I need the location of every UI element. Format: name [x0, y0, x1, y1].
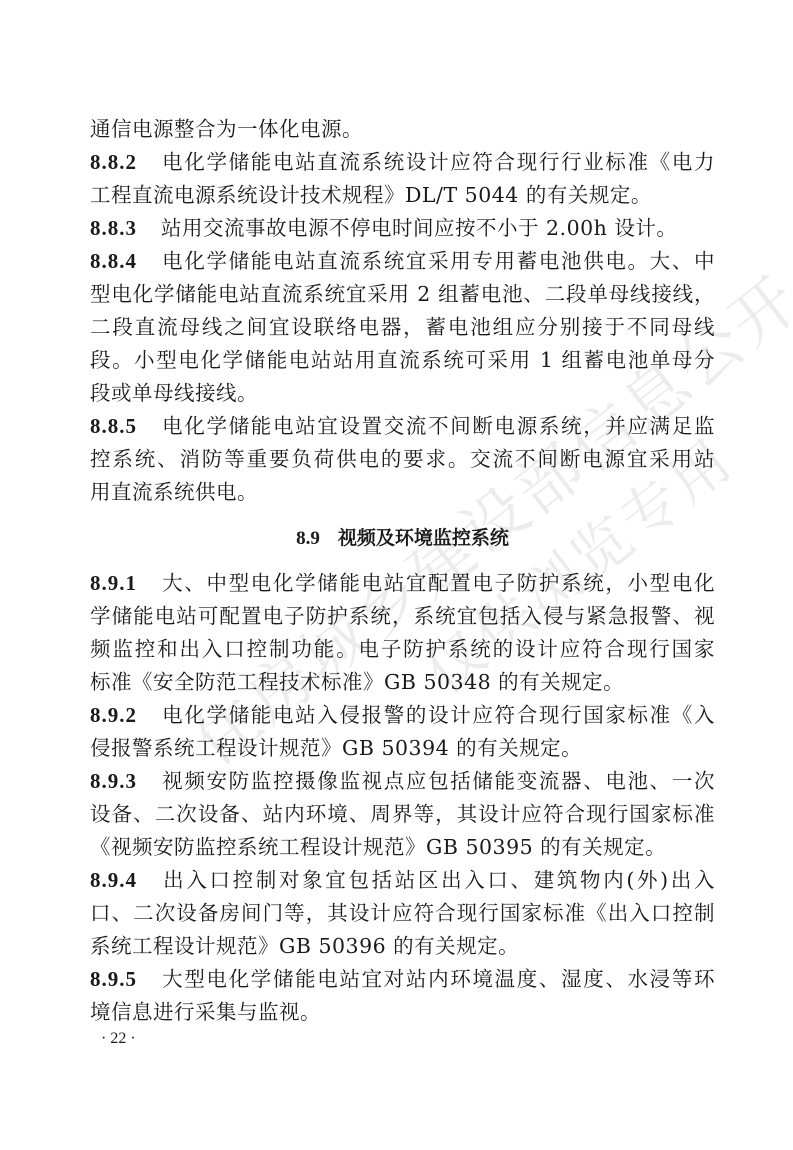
clause-line: 8.8.2电化学储能电站直流系统设计应符合现行行业标准《电力	[90, 146, 715, 179]
page-number: · 22 ·	[101, 1030, 136, 1048]
text-line: 频监控和出入口控制功能。电子防护系统的设计应符合现行国家	[90, 633, 715, 666]
clause-text: 境信息进行采集与监视。	[90, 1000, 321, 1024]
clause-text: 电化学储能电站直流系统设计应符合现行行业标准《电力	[161, 150, 715, 174]
clause-text: 大型电化学储能电站宜对站内环境温度、湿度、水浸等环	[161, 967, 715, 991]
clause-text: 电化学储能电站宜设置交流不间断电源系统，并应满足监	[161, 414, 715, 438]
clause-text: 电化学储能电站入侵报警的设计应符合现行国家标准《入	[161, 703, 715, 727]
clause-line: 8.8.5电化学储能电站宜设置交流不间断电源系统，并应满足监	[90, 410, 715, 443]
clause-number: 8.8.4	[90, 249, 137, 273]
text-line: 系统工程设计规范》GB 50396 的有关规定。	[90, 930, 715, 963]
clause-text: 频监控和出入口控制功能。电子防护系统的设计应符合现行国家	[90, 637, 715, 661]
clause-text: 学储能电站可配置电子防护系统，系统宜包括入侵与紧急报警、视	[90, 604, 715, 628]
clause-text: 大、中型电化学储能电站宜配置电子防护系统，小型电化	[161, 571, 715, 595]
clause-line: 8.8.4电化学储能电站直流系统宜采用专用蓄电池供电。大、中	[90, 245, 715, 278]
clause-number: 8.8.2	[90, 150, 137, 174]
section-title: 视频及环境监控系统	[338, 527, 509, 549]
clause-text: 视频安防监控摄像监视点应包括储能变流器、电池、一次	[161, 769, 715, 793]
clause-text: 站用交流事故电源不停电时间应按不小于 2.00h 设计。	[161, 216, 677, 240]
clause-text: 设备、二次设备、站内环境、周界等，其设计应符合现行国家标准	[90, 802, 715, 826]
clause-text: 标准《安全防范工程技术标准》GB 50348 的有关规定。	[90, 670, 624, 694]
clause-number: 8.9.3	[90, 769, 137, 793]
clause-line: 8.9.3视频安防监控摄像监视点应包括储能变流器、电池、一次	[90, 765, 715, 798]
clause-text: 系统工程设计规范》GB 50396 的有关规定。	[90, 934, 519, 958]
clause-text: 工程直流电源系统设计技术规程》DL/T 5044 的有关规定。	[90, 183, 652, 207]
clause-text: 控系统、消防等重要负荷供电的要求。交流不间断电源宜采用站	[90, 447, 715, 471]
clause-line: 8.9.4出入口控制对象宜包括站区出入口、建筑物内(外)出入	[90, 864, 715, 897]
section-8-8-paragraphs: 通信电源整合为一体化电源。8.8.2电化学储能电站直流系统设计应符合现行行业标准…	[90, 113, 715, 509]
text-line: 型电化学储能电站直流系统宜采用 2 组蓄电池、二段单母线接线，	[90, 278, 715, 311]
clause-number: 8.9.2	[90, 703, 137, 727]
section-heading: 8.9视频及环境监控系统	[90, 509, 715, 567]
clause-text: 二段直流母线之间宜设联络电器，蓄电池组应分别接于不同母线	[90, 315, 715, 339]
clause-number: 8.9.4	[90, 868, 137, 892]
clause-text: 电化学储能电站直流系统宜采用专用蓄电池供电。大、中	[161, 249, 715, 273]
text-line: 段或单母线接线。	[90, 377, 715, 410]
clause-text: 出入口控制对象宜包括站区出入口、建筑物内(外)出入	[161, 868, 715, 892]
clause-text: 段或单母线接线。	[90, 381, 258, 405]
text-line: 境信息进行采集与监视。	[90, 996, 715, 1029]
clause-line: 8.8.3站用交流事故电源不停电时间应按不小于 2.00h 设计。	[90, 212, 715, 245]
clause-number: 8.9.5	[90, 967, 137, 991]
clause-line: 8.9.5大型电化学储能电站宜对站内环境温度、湿度、水浸等环	[90, 963, 715, 996]
text-line: 《视频安防监控系统工程设计规范》GB 50395 的有关规定。	[90, 831, 715, 864]
text-line: 设备、二次设备、站内环境、周界等，其设计应符合现行国家标准	[90, 798, 715, 831]
clause-text: 《视频安防监控系统工程设计规范》GB 50395 的有关规定。	[90, 835, 666, 859]
text-line: 通信电源整合为一体化电源。	[90, 113, 715, 146]
text-line: 二段直流母线之间宜设联络电器，蓄电池组应分别接于不同母线	[90, 311, 715, 344]
clause-number: 8.9.1	[90, 571, 137, 595]
text-line: 侵报警系统工程设计规范》GB 50394 的有关规定。	[90, 732, 715, 765]
text-line: 控系统、消防等重要负荷供电的要求。交流不间断电源宜采用站	[90, 443, 715, 476]
clause-text: 用直流系统供电。	[90, 480, 258, 504]
clause-text: 口、二次设备房间门等，其设计应符合现行国家标准《出入口控制	[90, 901, 715, 925]
document-body: 通信电源整合为一体化电源。8.8.2电化学储能电站直流系统设计应符合现行行业标准…	[90, 113, 715, 1029]
text-line: 口、二次设备房间门等，其设计应符合现行国家标准《出入口控制	[90, 897, 715, 930]
clause-number: 8.8.5	[90, 414, 137, 438]
text-line: 用直流系统供电。	[90, 476, 715, 509]
clause-text: 侵报警系统工程设计规范》GB 50394 的有关规定。	[90, 736, 582, 760]
clause-line: 8.9.2电化学储能电站入侵报警的设计应符合现行国家标准《入	[90, 699, 715, 732]
text-line: 学储能电站可配置电子防护系统，系统宜包括入侵与紧急报警、视	[90, 600, 715, 633]
text-line: 段。小型电化学储能电站站用直流系统可采用 1 组蓄电池单母分	[90, 344, 715, 377]
section-number: 8.9	[296, 528, 320, 549]
clause-text: 型电化学储能电站直流系统宜采用 2 组蓄电池、二段单母线接线，	[90, 282, 715, 306]
clause-line: 8.9.1大、中型电化学储能电站宜配置电子防护系统，小型电化	[90, 567, 715, 600]
section-8-9-paragraphs: 8.9.1大、中型电化学储能电站宜配置电子防护系统，小型电化学储能电站可配置电子…	[90, 567, 715, 1029]
clause-number: 8.8.3	[90, 216, 137, 240]
text-line: 标准《安全防范工程技术标准》GB 50348 的有关规定。	[90, 666, 715, 699]
clause-text: 段。小型电化学储能电站站用直流系统可采用 1 组蓄电池单母分	[90, 348, 715, 372]
clause-text: 通信电源整合为一体化电源。	[90, 117, 363, 141]
text-line: 工程直流电源系统设计技术规程》DL/T 5044 的有关规定。	[90, 179, 715, 212]
